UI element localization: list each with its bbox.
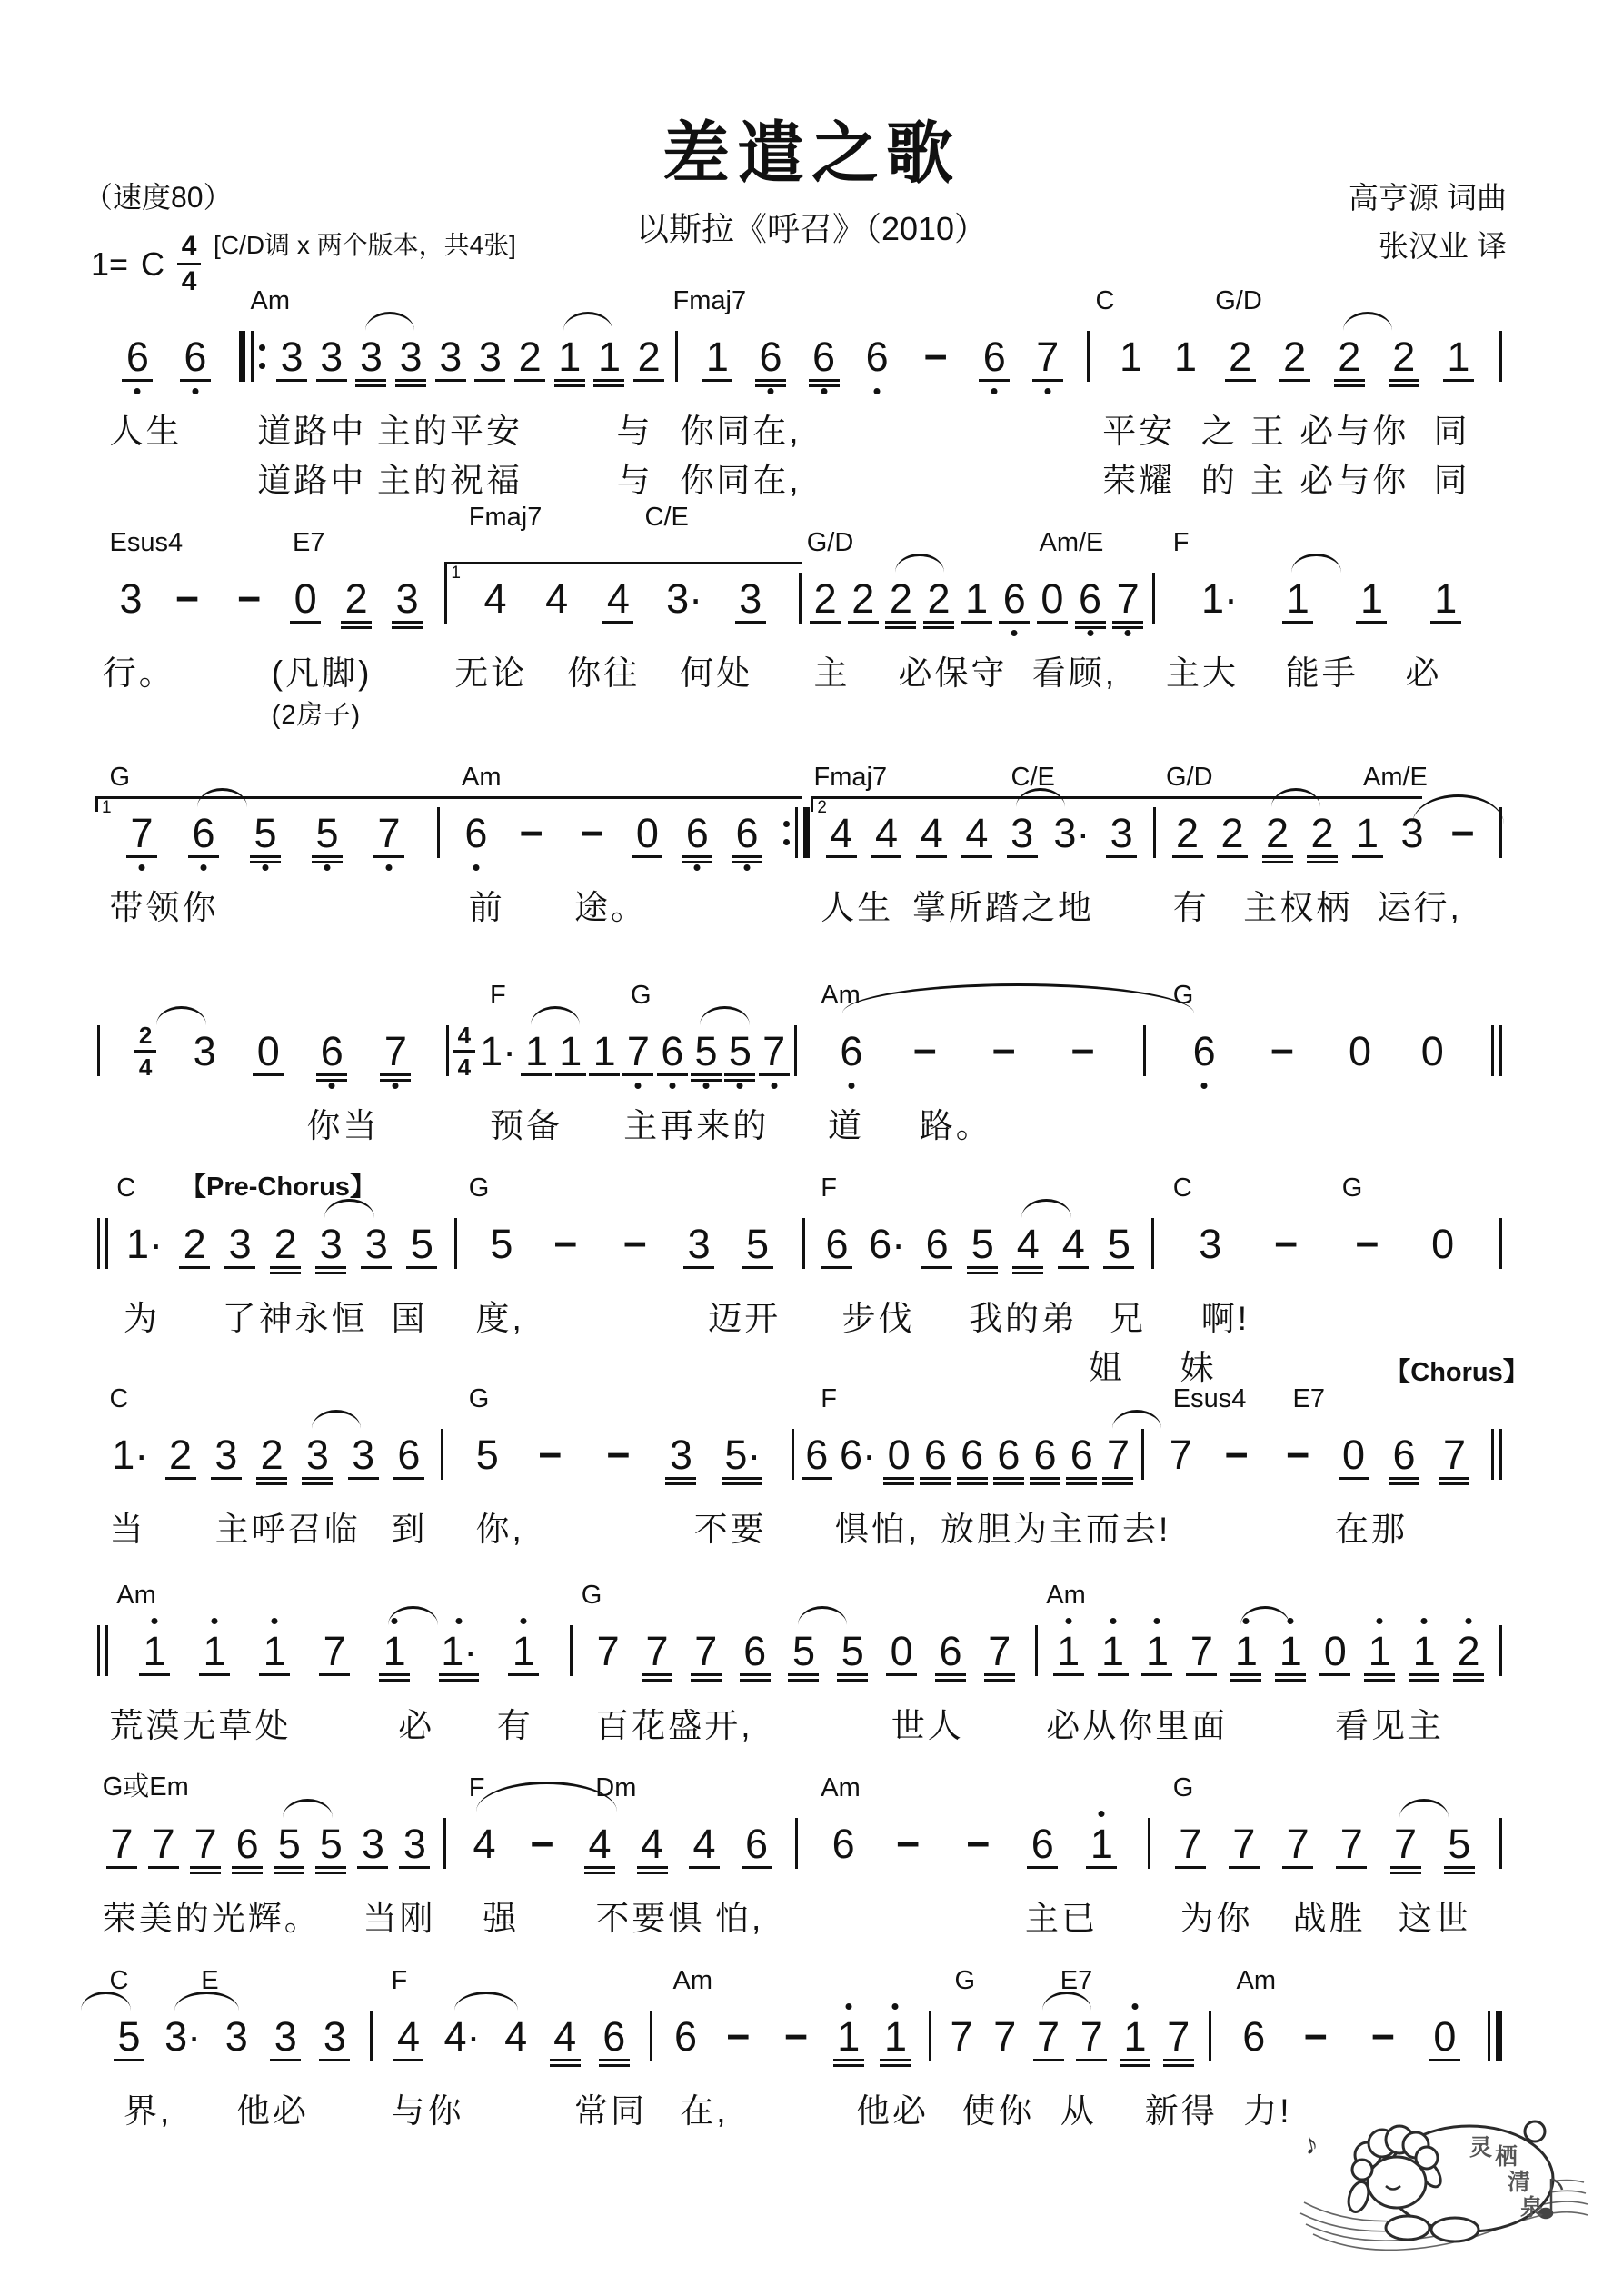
note: 2	[165, 1434, 196, 1475]
lyric: 国	[392, 1291, 428, 1340]
underline	[880, 2064, 911, 2067]
dash: −	[957, 1823, 999, 1864]
barline	[795, 1818, 798, 1869]
measure: 222216067	[803, 578, 1150, 619]
underline	[689, 1866, 720, 1869]
note: 3	[665, 1434, 696, 1475]
underline	[999, 621, 1030, 624]
lyric: 这世	[1399, 1891, 1471, 1940]
underline	[691, 1073, 722, 1076]
svg-text:泉: 泉	[1520, 2194, 1543, 2221]
underline	[755, 384, 786, 387]
measure: 1·232336	[95, 1434, 439, 1475]
underline	[961, 855, 992, 858]
note-row: 111711·17776550671117110112	[95, 1622, 1504, 1680]
underline	[1112, 621, 1143, 624]
note: 5	[315, 1823, 346, 1864]
dash: −	[1442, 813, 1484, 854]
note: 5	[724, 1031, 755, 1072]
barline	[792, 1429, 794, 1480]
note: 6	[599, 2016, 630, 2057]
lyric: 主的祝福	[377, 453, 523, 502]
note: 0	[886, 1631, 917, 1672]
underline	[935, 1673, 966, 1676]
bar-stroke	[97, 1625, 100, 1676]
note: 6	[1239, 2016, 1270, 2057]
underline	[984, 1679, 1015, 1682]
lyric: 有	[497, 1698, 533, 1747]
bar-stroke	[1491, 1025, 1494, 1076]
measure: 4−4446	[448, 1823, 794, 1864]
sheep-music-logo: ♪ 灵 栖 清 泉	[1295, 2091, 1595, 2281]
underline	[1141, 1673, 1172, 1676]
lyric: (凡脚)	[272, 645, 373, 694]
chord-label: G	[1173, 1773, 1194, 1803]
dash: −	[1295, 2016, 1337, 2057]
barline	[446, 1025, 449, 1076]
lyric: 必与你	[1299, 453, 1409, 502]
bar-stroke	[1153, 807, 1156, 858]
note: 5	[250, 813, 281, 854]
bar-stroke	[1499, 1218, 1502, 1269]
measure: 1·111	[1157, 578, 1504, 619]
bar-stroke	[97, 1218, 100, 1269]
underline	[691, 1679, 722, 1682]
lyric: 主呼召临	[215, 1502, 361, 1551]
underline	[315, 1272, 346, 1274]
lyric-row: 姐妹	[95, 1340, 1504, 1385]
chord-label: G	[1342, 1173, 1363, 1203]
underline	[1364, 1679, 1395, 1682]
measure: 3−−023	[95, 578, 443, 619]
underline	[1066, 1482, 1097, 1485]
dash: −	[1261, 1031, 1303, 1072]
bar-stroke	[795, 1818, 798, 1869]
underline	[554, 384, 585, 387]
note: 4	[602, 578, 633, 619]
underline	[923, 621, 954, 624]
bar-stroke	[1488, 2011, 1490, 2061]
bar-stroke	[1143, 1025, 1146, 1076]
octave-dot-high	[152, 1618, 158, 1624]
underline	[1352, 855, 1383, 858]
note: 5	[274, 1823, 304, 1864]
lyric: 必保守	[899, 645, 1008, 694]
underline	[957, 1482, 988, 1485]
underline	[312, 861, 343, 863]
octave-dot-low	[767, 388, 773, 394]
measure: 6−−61	[800, 1823, 1146, 1864]
underline	[1027, 1866, 1058, 1869]
score-line: AmGAm111711·17776550671117110112荒漠无草处必有百…	[95, 1578, 1504, 1802]
underline	[1262, 855, 1293, 858]
barline	[799, 573, 802, 624]
underline	[1032, 379, 1063, 382]
chord-label: C	[110, 1384, 129, 1414]
lyric: 主再来的	[623, 1098, 769, 1147]
underline	[357, 1866, 388, 1869]
octave-dot-high	[212, 1618, 218, 1624]
bar-stroke	[239, 331, 245, 382]
underline	[393, 2059, 423, 2061]
lyric: 看见主	[1335, 1698, 1444, 1747]
note: 1	[1352, 813, 1383, 854]
svg-text:清: 清	[1508, 2170, 1530, 2195]
note: 6	[1189, 1031, 1220, 1072]
note: 1	[1443, 336, 1474, 377]
underline	[886, 1673, 917, 1676]
note: 2	[341, 578, 372, 619]
barline	[97, 1625, 108, 1676]
lyric: 无论	[454, 645, 527, 694]
octave-dot-high	[272, 1618, 278, 1624]
dash: −	[887, 1823, 929, 1864]
chord-label: G	[955, 1966, 976, 1996]
underline	[724, 1079, 755, 1082]
measure: 44·446	[374, 2016, 647, 2057]
lyric: 能手	[1286, 645, 1359, 694]
underline	[1033, 2059, 1064, 2061]
underline	[122, 379, 153, 382]
note: 4	[550, 2016, 581, 2057]
chord-label: C	[116, 1173, 135, 1203]
underline	[355, 384, 386, 387]
note: 4	[480, 578, 511, 619]
note: 1	[1282, 578, 1313, 619]
note: 3	[270, 2016, 301, 2057]
barline	[443, 1818, 446, 1869]
note: 5	[788, 1631, 819, 1672]
lyric-row: 荣美的光辉。当刚强不要惧怕,主已为你战胜这世	[95, 1891, 1504, 1936]
note: 2	[1217, 813, 1248, 854]
underline	[1307, 861, 1338, 863]
octave-dot-low	[1087, 630, 1093, 636]
measure: 3333332112	[267, 336, 673, 377]
note: 3	[211, 1434, 242, 1475]
note: 4	[542, 578, 573, 619]
underline	[180, 379, 211, 382]
chord-label: G	[110, 763, 131, 793]
barline	[454, 1218, 457, 1269]
bar-stroke	[802, 1218, 805, 1269]
underline	[302, 1482, 333, 1485]
time-bottom: 4	[458, 1055, 471, 1079]
underline	[589, 1073, 620, 1076]
time-signature: 44	[453, 1023, 475, 1079]
lyric: 你当	[307, 1098, 380, 1147]
lyric: 之	[1201, 404, 1238, 453]
note: 2	[885, 578, 916, 619]
note: 7	[319, 1631, 350, 1672]
underline	[885, 621, 916, 624]
note: 4·	[443, 2016, 483, 2057]
lyric: (2房子)	[272, 694, 361, 732]
underline	[702, 379, 732, 382]
lyric: 兄	[1110, 1291, 1146, 1340]
bar-stroke	[1035, 1625, 1038, 1676]
underline	[1275, 1673, 1306, 1676]
chord-label: Am	[673, 1966, 713, 1996]
credits: 高亨源 词曲 张汉业 译	[1349, 175, 1507, 271]
chord-label: C	[1173, 1173, 1192, 1203]
underline	[993, 1477, 1024, 1480]
repeat-dots	[259, 344, 265, 369]
underline	[1319, 1673, 1350, 1676]
note: 1·	[478, 1031, 518, 1072]
bar-stroke	[929, 2011, 931, 2061]
underline	[341, 621, 372, 624]
dash: −	[915, 336, 957, 377]
bar-stroke	[794, 1025, 797, 1076]
note: 1	[880, 2016, 911, 2057]
repeat-dots	[783, 821, 790, 845]
underline	[622, 1073, 653, 1076]
chord-label: Am	[116, 1581, 156, 1611]
underline	[691, 1079, 722, 1082]
lyric: 怕,	[715, 1891, 763, 1940]
chord-label: E7	[1293, 1384, 1325, 1414]
underline	[256, 1477, 287, 1480]
note: 2	[633, 336, 664, 377]
chord-label: F	[1173, 528, 1190, 558]
lyric-row: 带领你前途。人生掌所踏之地有主权柄运行,	[95, 880, 1504, 925]
note: 3	[1007, 813, 1038, 854]
measure: 66	[95, 336, 237, 377]
underline	[165, 1477, 196, 1480]
underline	[508, 1673, 539, 1676]
octave-dot-low	[703, 1083, 710, 1089]
underline	[1053, 1673, 1084, 1676]
octave-dot-high	[521, 1618, 527, 1624]
underline	[276, 379, 307, 382]
note: 7	[106, 1823, 137, 1864]
note: 3	[1106, 813, 1137, 854]
lyric: 途。	[574, 880, 647, 929]
note: 1·	[439, 1631, 479, 1672]
underline	[1030, 1482, 1060, 1485]
measure: 111711·1	[110, 1631, 568, 1672]
lyric: 为	[124, 1291, 160, 1340]
bar-stroke	[570, 1625, 573, 1676]
note: 1	[702, 336, 732, 377]
lyric: 在,	[680, 2083, 728, 2132]
underline	[742, 1266, 773, 1269]
lyric: 的	[1201, 453, 1238, 502]
chord-label: E7	[293, 528, 324, 558]
underline	[1103, 1266, 1134, 1269]
lyric: 强	[483, 1891, 519, 1940]
note: 1	[833, 2016, 864, 2057]
octave-dot-high	[1132, 2003, 1139, 2010]
octave-dot-low	[669, 1083, 675, 1089]
underline	[211, 1477, 242, 1480]
barline	[1499, 807, 1502, 858]
underline	[439, 1679, 479, 1682]
note: 0	[1417, 1031, 1448, 1072]
octave-dot-low	[744, 864, 751, 871]
bar-stroke	[370, 2011, 373, 2061]
chord-row: CEFAmGE7Am	[95, 1963, 1504, 1996]
underline	[406, 1266, 437, 1269]
note: 4	[871, 813, 901, 854]
lyric: 他必	[856, 2083, 929, 2132]
note: 1	[554, 336, 585, 377]
lyric: 力!	[1243, 2083, 1291, 2132]
lyric: 人生	[821, 880, 893, 929]
octave-dot-low	[192, 388, 198, 394]
note: 6	[682, 813, 712, 854]
underline	[755, 379, 786, 382]
barline	[370, 2011, 373, 2061]
note: 3	[276, 336, 307, 377]
note: 0	[253, 1031, 284, 1072]
note: 3	[189, 1031, 220, 1072]
note: 3	[224, 1223, 255, 1264]
barline	[570, 1625, 573, 1676]
barline	[1491, 1429, 1502, 1480]
measure: 4443·3	[449, 578, 796, 619]
dash: −	[983, 1031, 1025, 1072]
note: 2	[1225, 336, 1256, 377]
underline	[642, 1673, 672, 1676]
underline	[1120, 2059, 1150, 2061]
underline	[1334, 379, 1365, 382]
underline	[916, 855, 947, 858]
underline	[316, 1079, 347, 1082]
score-line: C【Pre-Chorus】GFCG1·2323355−−3566·654453−…	[95, 1171, 1504, 1394]
lyric: 荣美的光辉。	[103, 1891, 321, 1940]
underline	[1279, 379, 1310, 382]
underline	[1262, 861, 1293, 863]
note: 3	[1195, 1223, 1226, 1264]
octave-dot-low	[1044, 388, 1050, 394]
note: 6	[732, 813, 762, 854]
underline	[599, 2064, 630, 2067]
dash: −	[1362, 2016, 1404, 2057]
underline	[250, 861, 281, 863]
note: 7	[1175, 1823, 1206, 1864]
lyric-row: 当主呼召临到你,不要惧怕,放胆为主而去!在那	[95, 1502, 1504, 1547]
octave-dot-low	[1125, 630, 1131, 636]
credit-translator: 张汉业 译	[1349, 223, 1507, 271]
note: 6	[755, 336, 786, 377]
underline	[1058, 1266, 1089, 1269]
dash: −	[511, 813, 553, 854]
underline	[1037, 621, 1068, 624]
dot	[259, 363, 265, 369]
lyric: 当刚	[363, 1891, 436, 1940]
underline	[399, 1866, 430, 1869]
bar-stroke	[675, 331, 678, 382]
note: 4	[961, 813, 992, 854]
note: 2	[1334, 336, 1365, 377]
dash: −	[775, 2016, 817, 2057]
underline	[395, 379, 426, 382]
note: 0	[883, 1434, 914, 1475]
underline	[1012, 1272, 1043, 1274]
note: 2	[848, 578, 879, 619]
lyric: 当	[110, 1502, 146, 1551]
underline	[920, 1477, 951, 1480]
lyric: 必从你里面	[1046, 1698, 1228, 1747]
note: 7	[1390, 1823, 1421, 1864]
lyric: 度,	[476, 1291, 524, 1340]
note-row: 1·2323355−−3566·654453−−0	[95, 1214, 1504, 1273]
music-note-icon: ♪	[1299, 2126, 1321, 2161]
lyric: 主	[814, 645, 851, 694]
underline	[984, 1673, 1015, 1676]
bar-stroke	[1152, 573, 1155, 624]
lyric: 与	[617, 404, 653, 453]
note: 4	[501, 2016, 532, 2057]
note-row: 3−−0234443·32222160671·111	[95, 569, 1504, 627]
bar-stroke	[799, 573, 802, 624]
lyric: 预备	[490, 1098, 563, 1147]
note-row: 243067441·111765576−−−6−00	[95, 1022, 1504, 1080]
note: 3	[683, 1223, 714, 1264]
lyric: 行。	[103, 645, 175, 694]
score-line: CEFAmGE7Am53·33344·4466−−117777176−−0界,他…	[95, 1963, 1504, 2187]
bar-stroke	[441, 1429, 443, 1480]
note: 0	[1339, 1434, 1369, 1475]
chord-label: G/D	[807, 528, 854, 558]
note: 3	[115, 578, 146, 619]
underline	[1390, 1866, 1421, 1869]
measure: 6−−−	[799, 1031, 1141, 1072]
lyric: 你同在,	[680, 404, 801, 453]
note: 6	[188, 813, 219, 854]
chord-label: Am	[251, 286, 291, 316]
note: 3	[319, 2016, 350, 2057]
underline	[921, 1266, 952, 1269]
note: 7	[1439, 1434, 1469, 1475]
bar-stroke	[1087, 331, 1090, 382]
note: 6	[1066, 1434, 1097, 1475]
underline	[593, 384, 624, 387]
note: 1	[961, 578, 992, 619]
underline	[1163, 2059, 1194, 2061]
note: 0	[1037, 578, 1068, 619]
underline	[312, 855, 343, 858]
note: 3	[735, 578, 766, 619]
dash: −	[572, 813, 613, 854]
lyric: 前	[469, 880, 505, 929]
octave-dot-low	[771, 1083, 777, 1089]
underline	[1429, 2059, 1460, 2061]
barline	[802, 1218, 805, 1269]
note: 6	[993, 1434, 1024, 1475]
key-prefix: 1=	[91, 245, 128, 284]
chord-label: G	[469, 1384, 490, 1414]
underline	[232, 1866, 263, 1869]
underline	[256, 1482, 287, 1485]
chord-label: F	[821, 1173, 837, 1203]
chord-label: Am	[1237, 1966, 1277, 1996]
chord-label: F	[392, 1966, 408, 1996]
bar-stroke	[454, 1218, 457, 1269]
score-line: Esus4E7Fmaj7C/EG/DAm/EF13−−0234443·32222…	[95, 525, 1504, 749]
underline	[788, 1673, 819, 1676]
measure: 53·333	[95, 2016, 368, 2057]
barline	[1499, 1218, 1502, 1269]
barline	[650, 2011, 652, 2061]
note: 1	[1275, 1631, 1306, 1672]
note: 2	[923, 578, 954, 619]
dash: −	[717, 2016, 759, 2057]
dash: −	[1216, 1434, 1258, 1475]
note: 6	[180, 336, 211, 377]
underline	[392, 626, 423, 629]
